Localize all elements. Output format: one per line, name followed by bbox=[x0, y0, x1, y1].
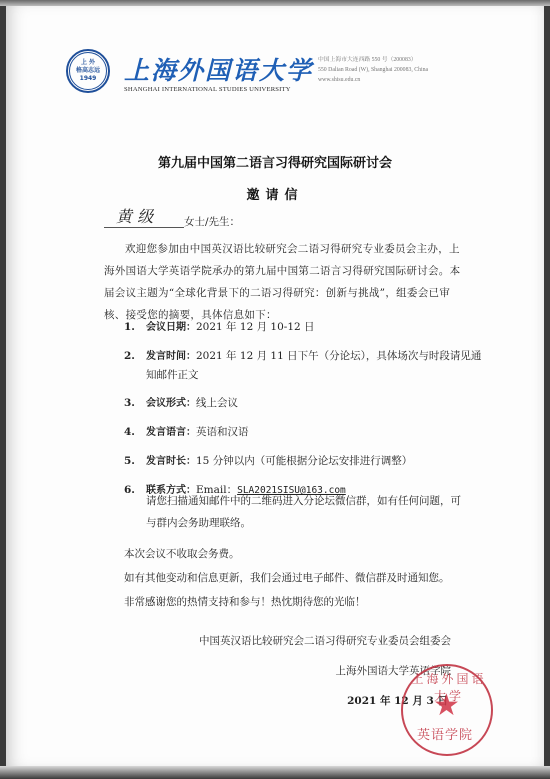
intro-paragraph: 欢迎您参加由中国英汉语比较研究会二语习得研究专业委员会主办，上海外国语大学英语学… bbox=[104, 238, 464, 326]
info-item-language: 4. 发言语言：英语和汉语 bbox=[124, 423, 484, 442]
closing-line-thanks: 非常感谢您的热情支持和参与！热忱期待您的光临！ bbox=[124, 590, 450, 614]
seal-year: 1949 bbox=[80, 75, 97, 83]
recipient-name-line bbox=[104, 227, 184, 228]
document-subtitle: 邀请信 bbox=[6, 184, 544, 203]
salutation: 女士/先生： bbox=[184, 214, 240, 229]
scan-shadow-bottom bbox=[0, 766, 550, 779]
closing-line-updates: 如有其他变动和信息更新，我们会通过电子邮件、微信群及时通知您。 bbox=[124, 566, 450, 590]
address-cn: 中国上海市大连西路 550 号（200083） bbox=[318, 55, 428, 65]
info-item-speaking-time: 2. 发言时间：2021 年 12 月 11 日下午（分论坛），具体场次与时段请… bbox=[124, 347, 484, 384]
seal-line1: 上 外 bbox=[81, 59, 95, 67]
university-name-en: SHANGHAI INTERNATIONAL STUDIES UNIVERSIT… bbox=[124, 86, 291, 93]
website: www.shisu.edu.cn bbox=[318, 75, 428, 85]
letter-page: 上 外 格高志远 1949 上海外国语大学 SHANGHAI INTERNATI… bbox=[6, 6, 544, 766]
address-en: 550 Dalian Road (W), Shanghai 200083, Ch… bbox=[318, 65, 428, 75]
stamp-bottom-text: 英语学院 bbox=[417, 724, 473, 743]
university-seal-logo: 上 外 格高志远 1949 bbox=[66, 49, 110, 93]
info-item-duration: 5. 发言时长：15 分钟以内（可能根据分论坛安排进行调整） bbox=[124, 452, 484, 471]
star-icon: ★ bbox=[433, 688, 460, 723]
letterhead: 上 外 格高志远 1949 上海外国语大学 SHANGHAI INTERNATI… bbox=[66, 49, 546, 105]
info-item-date: 1. 会议日期：2021 年 12 月 10-12 日 bbox=[124, 318, 484, 337]
closing-remarks: 本次会议不收取会务费。 如有其他变动和信息更新，我们会通过电子邮件、微信群及时通… bbox=[124, 542, 450, 614]
closing-line-fee: 本次会议不收取会务费。 bbox=[124, 542, 450, 566]
seal-line2: 格高志远 bbox=[76, 67, 100, 75]
wechat-note: 请您扫描通知邮件中的二维码进入分论坛微信群，如有任何问题，可与群内会务助理联络。 bbox=[146, 490, 466, 534]
university-name-cn: 上海外国语大学 bbox=[124, 51, 313, 87]
document-title: 第九届中国第二语言习得研究国际研讨会 bbox=[6, 152, 544, 171]
recipient-handwritten-name: 黄 级 bbox=[116, 204, 153, 227]
info-list: 1. 会议日期：2021 年 12 月 10-12 日 2. 发言时间：2021… bbox=[124, 318, 484, 510]
signature-organizing-committee: 中国英汉语比较研究会二语习得研究专业委员会组委会 bbox=[199, 633, 451, 648]
info-item-format: 3. 会议形式：线上会议 bbox=[124, 394, 484, 413]
university-address: 中国上海市大连西路 550 号（200083） 550 Dalian Road … bbox=[318, 55, 428, 85]
official-red-stamp: 上海外国语大学 ★ 英语学院 bbox=[401, 664, 493, 756]
